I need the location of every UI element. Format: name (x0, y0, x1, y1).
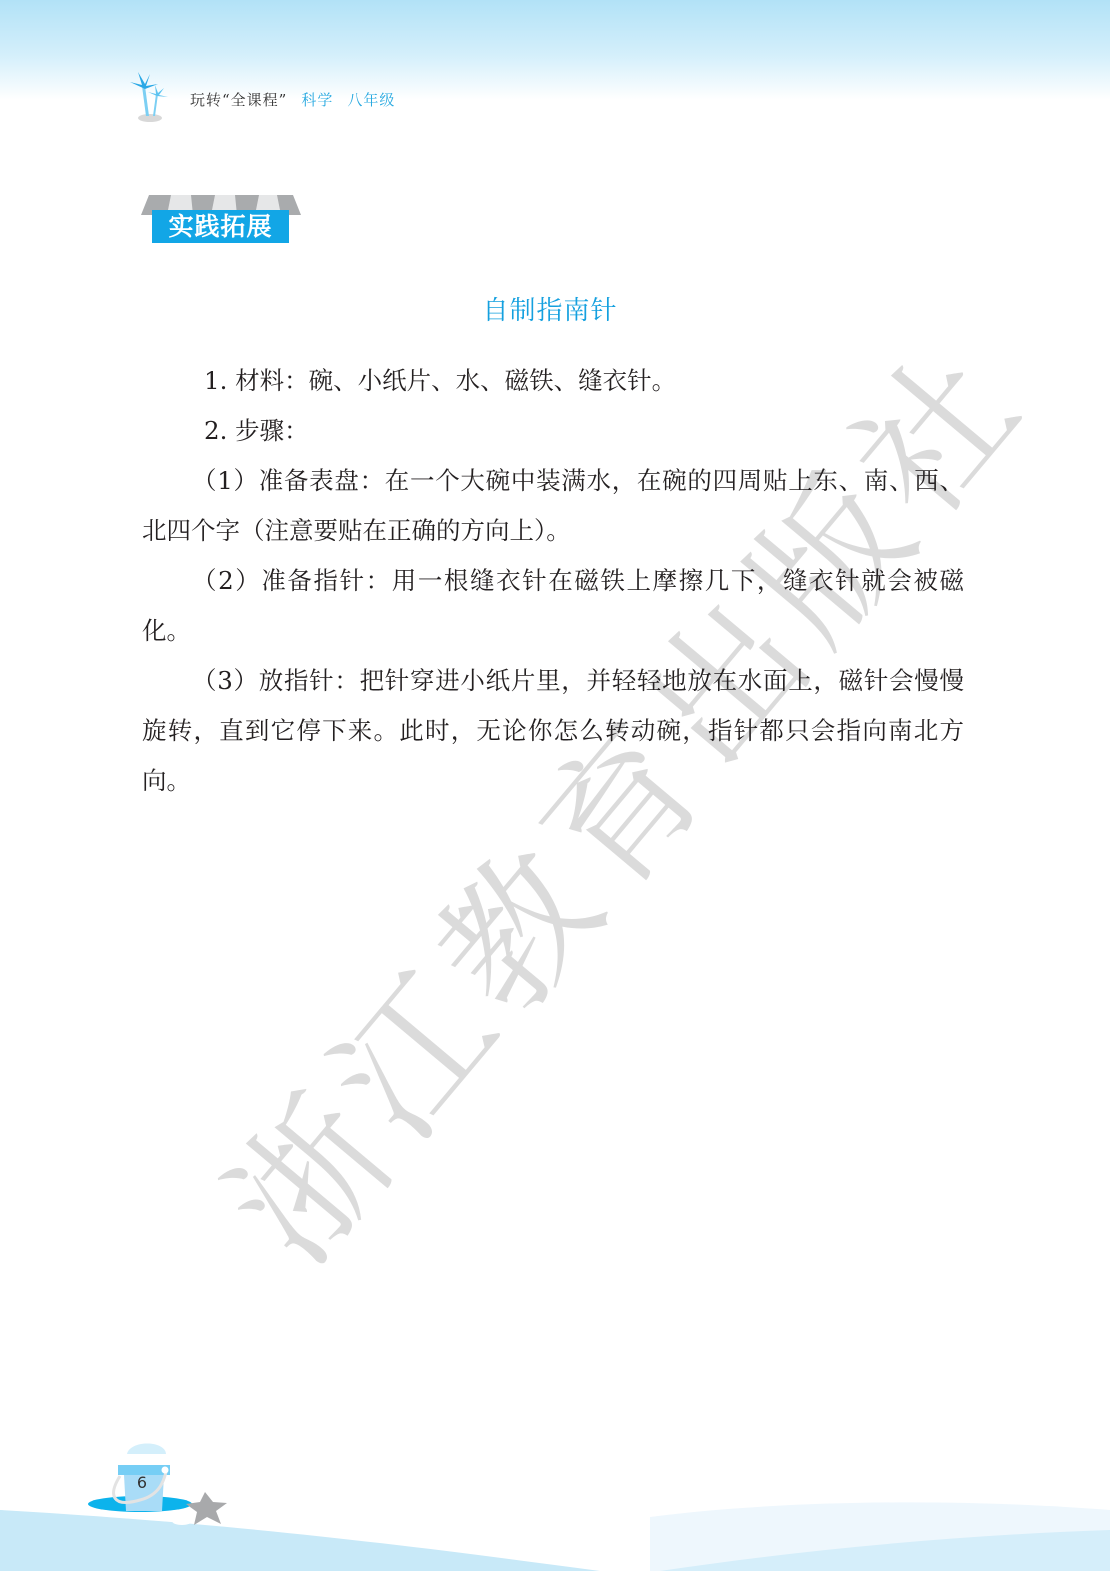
grade-label: 八年级 (347, 89, 395, 110)
steps-heading: 2. 步骤： (142, 406, 964, 456)
materials-paragraph: 1. 材料：碗、小纸片、水、磁铁、缝衣针。 (142, 356, 964, 406)
subject-label: 科学 (301, 89, 333, 110)
starfish-icon (186, 1492, 227, 1525)
series-title: 玩转“全课程” (190, 89, 287, 110)
step-2-paragraph: （2）准备指针：用一根缝衣针在磁铁上摩擦几下，缝衣针就会被磁化。 (142, 556, 964, 656)
article-body: 1. 材料：碗、小纸片、水、磁铁、缝衣针。 2. 步骤： （1）准备表盘：在一个… (142, 356, 964, 806)
step-1-paragraph: （1）准备表盘：在一个大碗中装满水，在碗的四周贴上东、南、西、北四个字（注意要贴… (142, 456, 964, 556)
footer-wave-illustration (0, 1440, 1110, 1571)
running-head: 玩转“全课程” 科学 八年级 (128, 68, 395, 124)
palm-tree-icon (128, 68, 184, 124)
section-badge-label: 实践拓展 (152, 210, 289, 243)
section-badge: 实践拓展 (141, 195, 301, 249)
article-title: 自制指南针 (0, 290, 1100, 327)
page-number: 6 (130, 1473, 154, 1492)
step-3-paragraph: （3）放指针：把针穿进小纸片里，并轻轻地放在水面上，磁针会慢慢旋转，直到它停下来… (142, 656, 964, 806)
